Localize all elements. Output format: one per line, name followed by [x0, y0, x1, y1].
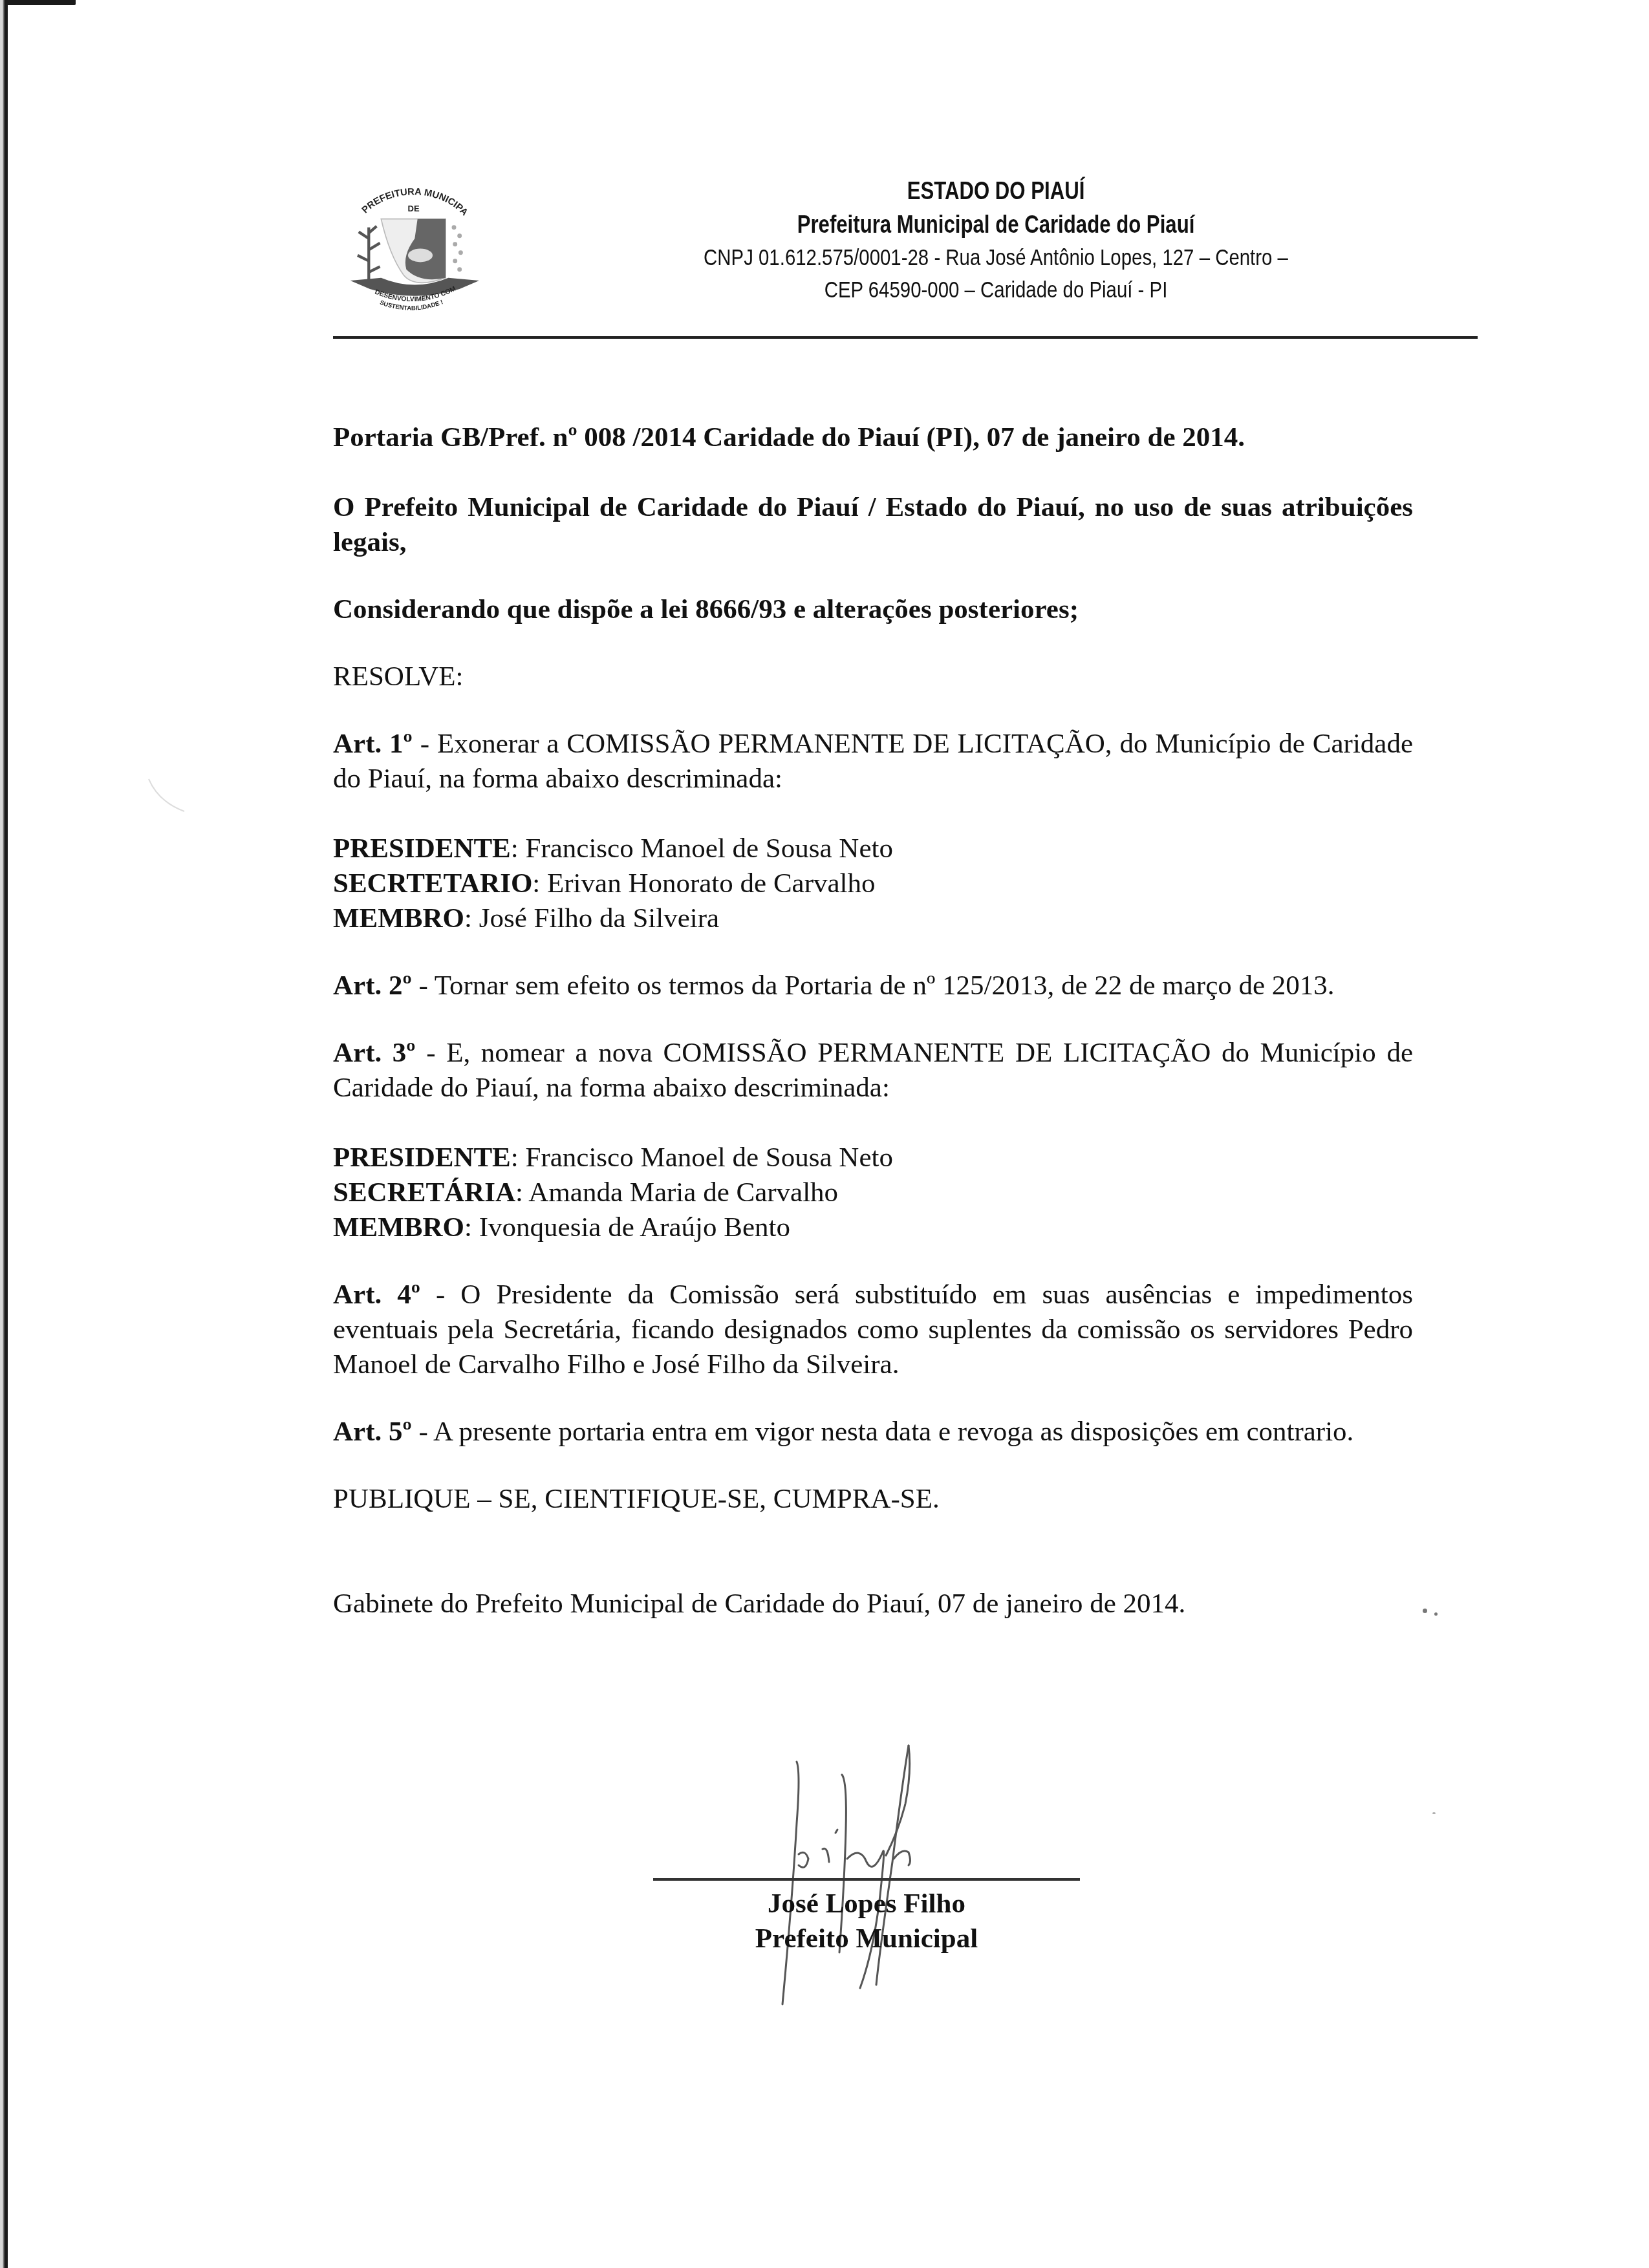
- prefecture-name: Prefeitura Municipal de Caridade do Piau…: [656, 208, 1335, 242]
- new-commission-row: MEMBRO: Ivonquesia de Araújo Bento: [333, 1210, 1413, 1245]
- member-name: : José Filho da Silveira: [464, 903, 719, 934]
- role-label: SECRETÁRIA: [333, 1177, 515, 1208]
- header-divider: [333, 336, 1478, 339]
- logo-middle-text: DE: [408, 204, 420, 213]
- article-5: Art. 5º - A presente portaria entra em v…: [333, 1415, 1413, 1450]
- former-commission-row: PRESIDENTE: Francisco Manoel de Sousa Ne…: [333, 831, 1413, 866]
- member-name: : Amanda Maria de Carvalho: [515, 1177, 838, 1208]
- new-commission-list: PRESIDENTE: Francisco Manoel de Sousa Ne…: [333, 1140, 1413, 1245]
- member-name: : Erivan Honorato de Carvalho: [532, 868, 875, 899]
- signatory-name: José Lopes Filho: [653, 1887, 1080, 1921]
- role-label: MEMBRO: [333, 903, 464, 934]
- article-4: Art. 4º - O Presidente da Comissão será …: [333, 1278, 1413, 1382]
- letterhead: ESTADO DO PIAUÍ Prefeitura Municipal de …: [582, 175, 1410, 306]
- municipal-coat-of-arms-icon: PREFEITURA MUNICIPAL DE DESENVOLVIMENTO …: [336, 169, 504, 325]
- member-name: : Francisco Manoel de Sousa Neto: [511, 1142, 893, 1173]
- article-1-label: Art. 1º: [333, 729, 413, 759]
- role-label: MEMBRO: [333, 1212, 464, 1243]
- considering-clause: Considerando que dispõe a lei 8666/93 e …: [333, 592, 1413, 627]
- article-2-text: - Tornar sem efeito os termos da Portari…: [412, 970, 1335, 1001]
- former-commission-row: SECRTETARIO: Erivan Honorato de Carvalho: [333, 866, 1413, 901]
- address-line-2: CEP 64590-000 – Caridade do Piauí - PI: [648, 274, 1343, 306]
- role-label: SECRTETARIO: [333, 868, 532, 899]
- document-body: Portaria GB/Pref. nº 008 /2014 Caridade …: [333, 420, 1413, 1621]
- scan-artifact: [145, 776, 197, 828]
- article-4-label: Art. 4º: [333, 1279, 420, 1310]
- role-label: PRESIDENTE: [333, 833, 511, 864]
- signatory-block: José Lopes Filho Prefeito Municipal: [653, 1887, 1080, 1956]
- svg-text:PREFEITURA MUNICIPAL: PREFEITURA MUNICIPAL: [336, 169, 470, 218]
- address-line-1: CNPJ 01.612.575/0001-28 - Rua José Antôn…: [648, 242, 1343, 274]
- former-commission-list: PRESIDENTE: Francisco Manoel de Sousa Ne…: [333, 831, 1413, 936]
- resolve-heading: RESOLVE:: [333, 659, 1413, 694]
- article-3-label: Art. 3º: [333, 1038, 416, 1068]
- new-commission-row: SECRETÁRIA: Amanda Maria de Carvalho: [333, 1175, 1413, 1210]
- article-2-label: Art. 2º: [333, 970, 412, 1001]
- article-3: Art. 3º - E, nomear a nova COMISSÃO PERM…: [333, 1036, 1413, 1106]
- scan-border-top: [8, 0, 76, 5]
- logo-top-text: PREFEITURA MUNICIPAL: [336, 169, 470, 218]
- article-5-label: Art. 5º: [333, 1417, 412, 1447]
- publish-clause: PUBLIQUE – SE, CIENTIFIQUE-SE, CUMPRA-SE…: [333, 1482, 1413, 1517]
- state-name: ESTADO DO PIAUÍ: [656, 175, 1335, 208]
- signatory-title: Prefeito Municipal: [653, 1921, 1080, 1956]
- scan-border: [0, 0, 8, 2268]
- article-1-text: - Exonerar a COMISSÃO PERMANENTE DE LICI…: [333, 729, 1413, 794]
- preamble: O Prefeito Municipal de Caridade do Piau…: [333, 490, 1413, 560]
- new-commission-row: PRESIDENTE: Francisco Manoel de Sousa Ne…: [333, 1140, 1413, 1175]
- closing-line: Gabinete do Prefeito Municipal de Carida…: [333, 1587, 1413, 1621]
- article-4-text: - O Presidente da Comissão será substitu…: [333, 1279, 1413, 1380]
- signature-line: [653, 1878, 1080, 1881]
- article-2: Art. 2º - Tornar sem efeito os termos da…: [333, 968, 1413, 1003]
- article-3-text: - E, nomear a nova COMISSÃO PERMANENTE D…: [333, 1038, 1413, 1103]
- article-5-text: - A presente portaria entra em vigor nes…: [412, 1417, 1354, 1447]
- article-1: Art. 1º - Exonerar a COMISSÃO PERMANENTE…: [333, 727, 1413, 797]
- member-name: : Ivonquesia de Araújo Bento: [464, 1212, 790, 1243]
- decree-title: Portaria GB/Pref. nº 008 /2014 Caridade …: [333, 420, 1413, 455]
- role-label: PRESIDENTE: [333, 1142, 511, 1173]
- scan-speck: [1434, 1612, 1438, 1616]
- scan-speck: [1432, 1812, 1436, 1814]
- member-name: : Francisco Manoel de Sousa Neto: [511, 833, 893, 864]
- former-commission-row: MEMBRO: José Filho da Silveira: [333, 901, 1413, 936]
- scan-speck: [1423, 1609, 1427, 1613]
